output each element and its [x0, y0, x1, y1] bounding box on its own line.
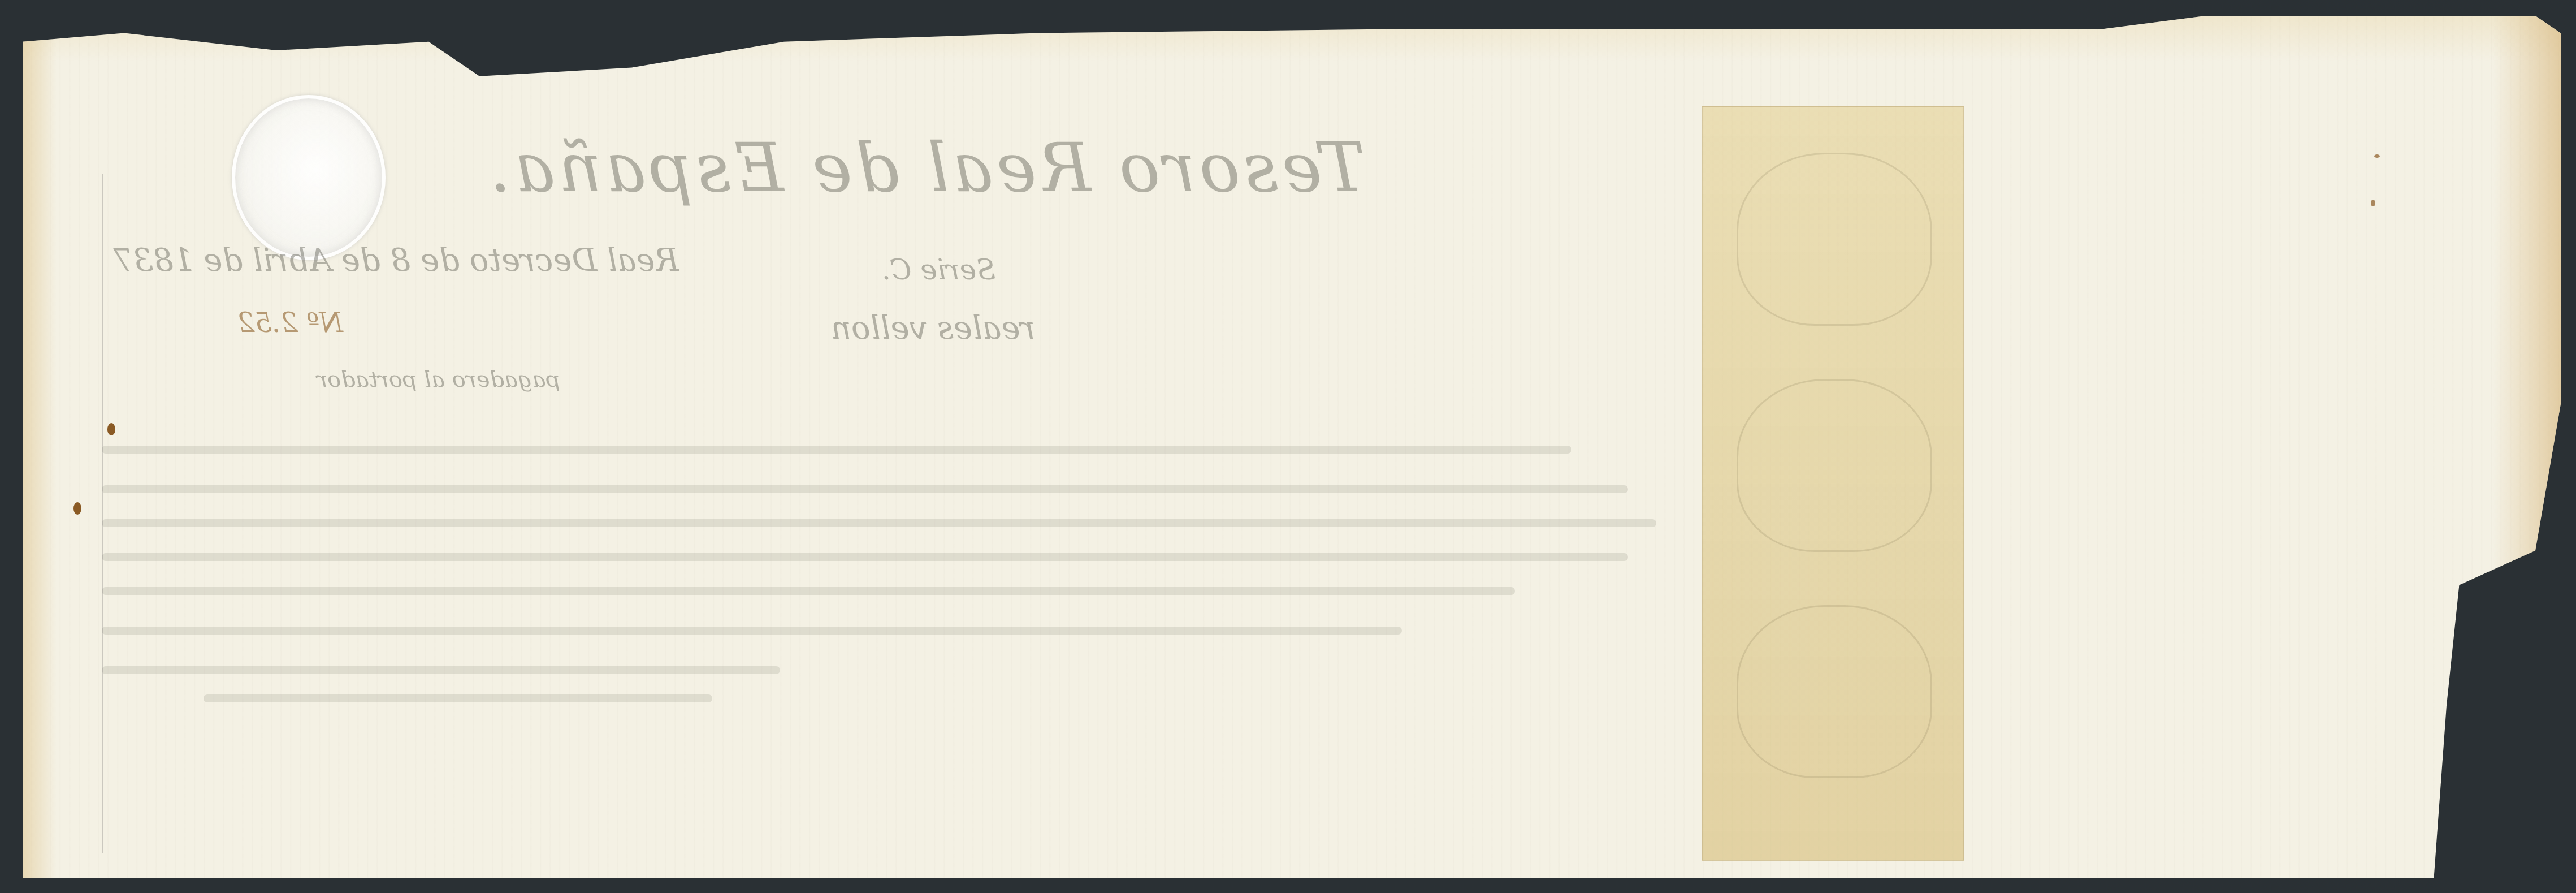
mirrored-series-line: Serie C. [882, 253, 996, 286]
foxing-stain [2374, 154, 2380, 158]
embossed-seal-icon [232, 95, 386, 260]
ornamental-panel [1702, 106, 1964, 861]
ornament-icon [1737, 153, 1932, 326]
ghost-text-line [102, 553, 1628, 561]
mirrored-bearer-line: pagadero al portador [317, 366, 560, 392]
mirrored-decree-line: Real Decreto de 8 de Abril de 1837 [113, 242, 679, 279]
ghost-text-line [102, 627, 1402, 635]
ghost-text-line [102, 446, 1571, 454]
foxing-stain [73, 502, 81, 515]
ghost-text-line [102, 485, 1628, 493]
foxing-stain [107, 423, 115, 435]
margin-rule [102, 174, 103, 853]
foxing-stain [2371, 200, 2375, 206]
mirrored-stamp-number: Nº 2.52 [237, 307, 343, 339]
ghost-text-line [102, 666, 780, 674]
ornament-icon [1737, 605, 1932, 778]
mirrored-amount-line: reales vellon [831, 310, 1035, 347]
ghost-text-line [102, 587, 1515, 595]
mirrored-title: Tesoro Real de España. [486, 129, 1365, 208]
document-paper: Tesoro Real de España. Real Decreto de 8… [23, 16, 2561, 878]
ghost-text-line [204, 694, 712, 702]
ornament-icon [1737, 379, 1932, 552]
ghost-text-line [102, 519, 1656, 527]
